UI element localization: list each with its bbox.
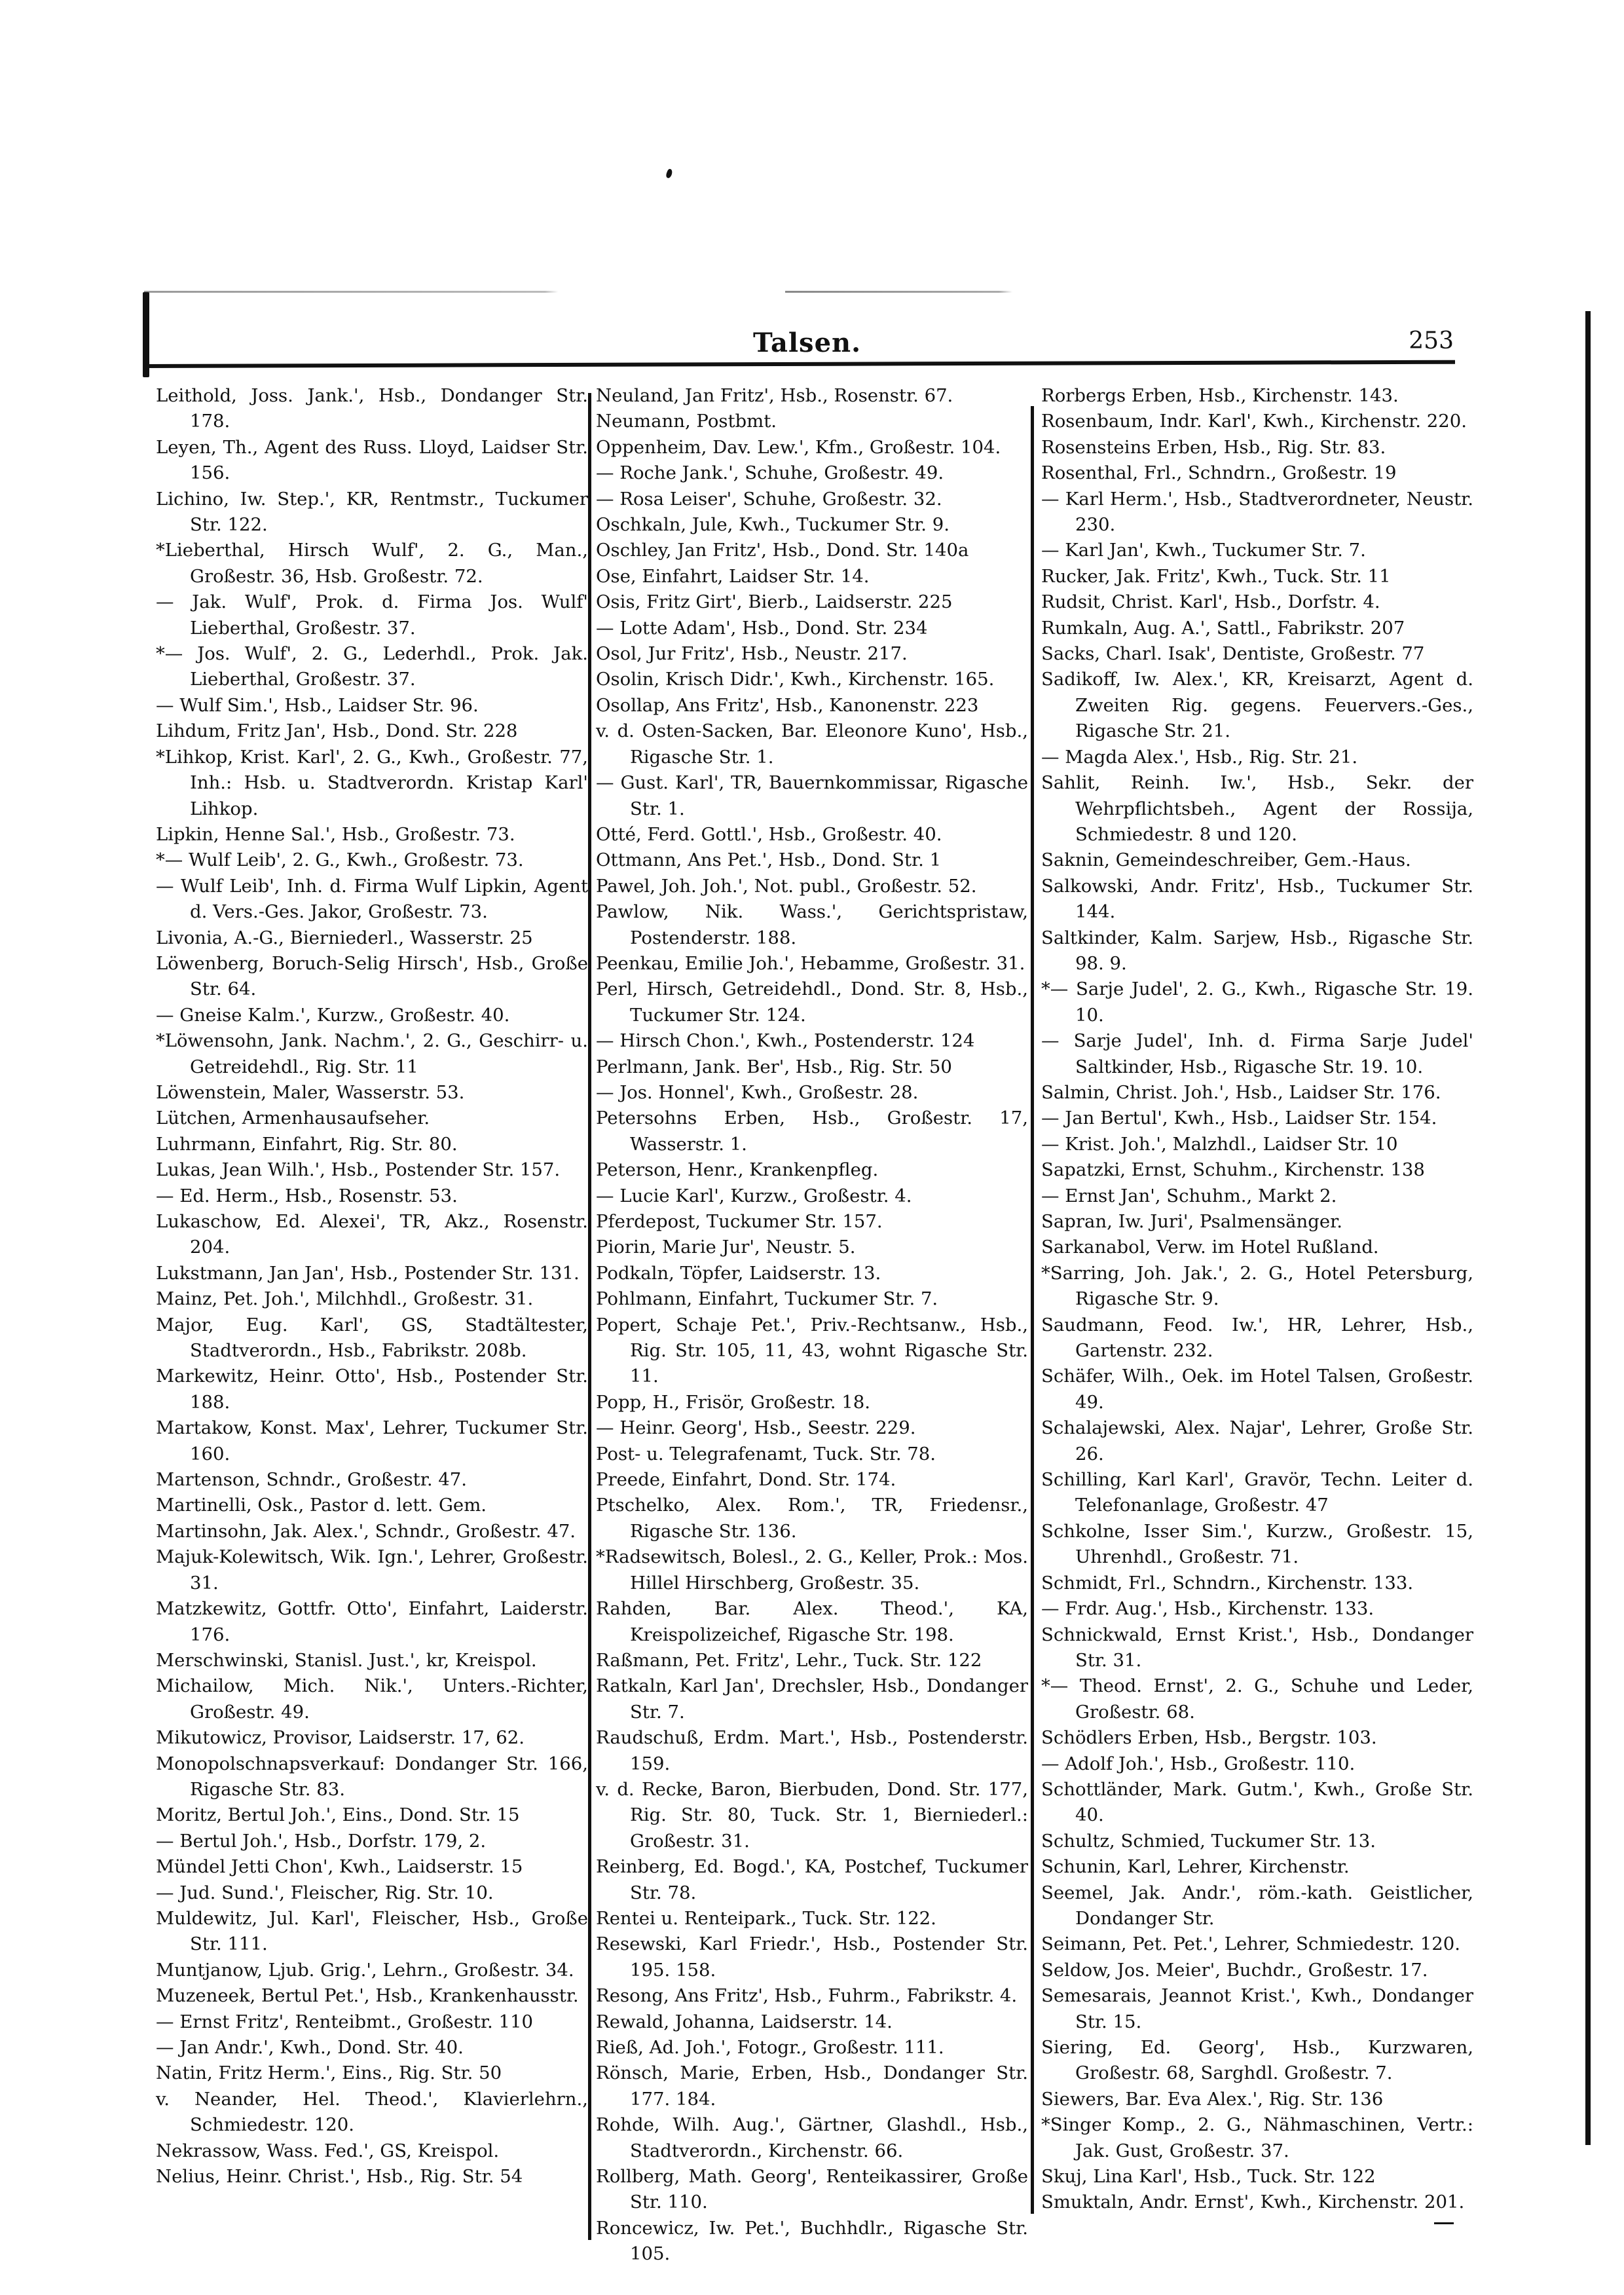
directory-entry: Osol, Jur Fritz', Hsb., Neustr. 217. xyxy=(596,641,1028,667)
directory-entry: Peterson, Henr., Krankenpfleg. xyxy=(596,1157,1028,1183)
directory-entry: Markewitz, Heinr. Otto', Hsb., Postender… xyxy=(156,1364,588,1415)
directory-entry: Sarkanabol, Verw. im Hotel Rußland. xyxy=(1041,1235,1473,1260)
directory-entry: Smuktaln, Andr. Ernst', Kwh., Kirchenstr… xyxy=(1041,2190,1473,2215)
directory-entry: Livonia, A.-G., Bierniederl., Wasserstr.… xyxy=(156,925,588,951)
directory-entry: Majuk-Kolewitsch, Wik. Ign.', Lehrer, Gr… xyxy=(156,1544,588,1596)
directory-entry: Lichino, Iw. Step.', KR, Rentmstr., Tuck… xyxy=(156,487,588,538)
directory-entry: Nekrassow, Wass. Fed.', GS, Kreispol. xyxy=(156,2138,588,2164)
end-dash xyxy=(1434,2222,1454,2224)
directory-entry: Rosenthal, Frl., Schndrn., Großestr. 19 xyxy=(1041,460,1473,486)
directory-entry: Leithold, Joss. Jank.', Hsb., Dondanger … xyxy=(156,383,588,435)
directory-entry: Reinberg, Ed. Bogd.', KA, Postchef, Tuck… xyxy=(596,1854,1028,1906)
directory-entry: — Karl Jan', Kwh., Tuckumer Str. 7. xyxy=(1041,538,1473,563)
directory-entry: — Lotte Adam', Hsb., Dond. Str. 234 xyxy=(596,616,1028,641)
directory-entry: Muntjanow, Ljub. Grig.', Lehrn., Großest… xyxy=(156,1958,588,1983)
directory-entry: Lihdum, Fritz Jan', Hsb., Dond. Str. 228 xyxy=(156,718,588,744)
directory-entry: Perl, Hirsch, Getreidehdl., Dond. Str. 8… xyxy=(596,977,1028,1028)
directory-entry: Osollap, Ans Fritz', Hsb., Kanonenstr. 2… xyxy=(596,693,1028,718)
directory-entry: Otté, Ferd. Gottl.', Hsb., Großestr. 40. xyxy=(596,822,1028,848)
directory-entry: Resong, Ans Fritz', Hsb., Fuhrm., Fabrik… xyxy=(596,1983,1028,2009)
directory-entry: Mainz, Pet. Joh.', Milchhdl., Großestr. … xyxy=(156,1286,588,1312)
directory-entry: Martenson, Schndr., Großestr. 47. xyxy=(156,1467,588,1493)
directory-entry: Rewald, Johanna, Laidserstr. 14. xyxy=(596,2009,1028,2035)
directory-entry: Rohde, Wilh. Aug.', Gärtner, Glashdl., H… xyxy=(596,2112,1028,2164)
directory-entry: Löwenberg, Boruch-Selig Hirsch', Hsb., G… xyxy=(156,951,588,1003)
directory-entry: Seldow, Jos. Meier', Buchdr., Großestr. … xyxy=(1041,1958,1473,1983)
directory-entry: Ptschelko, Alex. Rom.', TR, Friedensr., … xyxy=(596,1493,1028,1544)
directory-entry: — Gneise Kalm.', Kurzw., Großestr. 40. xyxy=(156,1003,588,1028)
directory-entry: Rorbergs Erben, Hsb., Kirchenstr. 143. xyxy=(1041,383,1473,409)
directory-entry: Martinsohn, Jak. Alex.', Schndr., Großes… xyxy=(156,1519,588,1544)
directory-entry: Schäfer, Wilh., Oek. im Hotel Talsen, Gr… xyxy=(1041,1364,1473,1415)
directory-entry: Schnickwald, Ernst Krist.', Hsb., Dondan… xyxy=(1041,1622,1473,1674)
directory-entry: *Löwensohn, Jank. Nachm.', 2. G., Geschi… xyxy=(156,1028,588,1080)
directory-entry: Natin, Fritz Herm.', Eins., Rig. Str. 50 xyxy=(156,2061,588,2086)
directory-entry: Oschley, Jan Fritz', Hsb., Dond. Str. 14… xyxy=(596,538,1028,563)
directory-entry: Moritz, Bertul Joh.', Eins., Dond. Str. … xyxy=(156,1802,588,1828)
directory-entry: Rentei u. Renteipark., Tuck. Str. 122. xyxy=(596,1906,1028,1931)
directory-entry: Schottländer, Mark. Gutm.', Kwh., Große … xyxy=(1041,1777,1473,1829)
directory-entry: Siering, Ed. Georg', Hsb., Kurzwaren, Gr… xyxy=(1041,2035,1473,2087)
directory-entry: Neuland, Jan Fritz', Hsb., Rosenstr. 67. xyxy=(596,383,1028,409)
directory-entry: Schödlers Erben, Hsb., Bergstr. 103. xyxy=(1041,1725,1473,1751)
directory-entry: Resewski, Karl Friedr.', Hsb., Postender… xyxy=(596,1931,1028,1983)
column-left: Leithold, Joss. Jank.', Hsb., Dondanger … xyxy=(156,383,588,2190)
directory-entry: Lütchen, Armenhausaufseher. xyxy=(156,1106,588,1131)
directory-entry: — Wulf Leib', Inh. d. Firma Wulf Lipkin,… xyxy=(156,874,588,925)
directory-entry: — Wulf Sim.', Hsb., Laidser Str. 96. xyxy=(156,693,588,718)
directory-entry: Roncewicz, Iw. Pet.', Buchhdlr., Rigasch… xyxy=(596,2216,1028,2267)
directory-entry: Popp, H., Frisör, Großestr. 18. xyxy=(596,1390,1028,1415)
column-divider xyxy=(588,393,591,2240)
directory-entry: Lukas, Jean Wilh.', Hsb., Postender Str.… xyxy=(156,1157,588,1183)
directory-entry: — Bertul Joh.', Hsb., Dorfstr. 179, 2. xyxy=(156,1829,588,1854)
directory-entry: Rollberg, Math. Georg', Renteikassirer, … xyxy=(596,2164,1028,2216)
directory-entry: Piorin, Marie Jur', Neustr. 5. xyxy=(596,1235,1028,1260)
directory-entry: Pohlmann, Einfahrt, Tuckumer Str. 7. xyxy=(596,1286,1028,1312)
directory-entry: Seemel, Jak. Andr.', röm.-kath. Geistlic… xyxy=(1041,1880,1473,1932)
directory-entry: Schultz, Schmied, Tuckumer Str. 13. xyxy=(1041,1829,1473,1854)
directory-entry: Leyen, Th., Agent des Russ. Lloyd, Laids… xyxy=(156,435,588,487)
directory-entry: *Sarring, Joh. Jak.', 2. G., Hotel Peter… xyxy=(1041,1261,1473,1313)
directory-entry: — Ed. Herm., Hsb., Rosenstr. 53. xyxy=(156,1184,588,1209)
directory-entry: *Radsewitsch, Bolesl., 2. G., Keller, Pr… xyxy=(596,1544,1028,1596)
directory-entry: Post- u. Telegrafenamt, Tuck. Str. 78. xyxy=(596,1442,1028,1467)
directory-entry: *— Theod. Ernst', 2. G., Schuhe und Lede… xyxy=(1041,1673,1473,1725)
page-number: 253 xyxy=(1409,327,1454,354)
directory-entry: — Sarje Judel', Inh. d. Firma Sarje Jude… xyxy=(1041,1028,1473,1080)
directory-entry: *— Sarje Judel', 2. G., Kwh., Rigasche S… xyxy=(1041,977,1473,1028)
directory-entry: Osis, Fritz Girt', Bierb., Laidserstr. 2… xyxy=(596,589,1028,615)
directory-entry: Oschkaln, Jule, Kwh., Tuckumer Str. 9. xyxy=(596,512,1028,538)
directory-entry: Rumkaln, Aug. A.', Sattl., Fabrikstr. 20… xyxy=(1041,616,1473,641)
directory-entry: Pawlow, Nik. Wass.', Gerichtspristaw, Po… xyxy=(596,899,1028,951)
directory-entry: v. d. Recke, Baron, Bierbuden, Dond. Str… xyxy=(596,1777,1028,1854)
column-right: Rorbergs Erben, Hsb., Kirchenstr. 143.Ro… xyxy=(1041,383,1473,2216)
directory-entry: Podkaln, Töpfer, Laidserstr. 13. xyxy=(596,1261,1028,1286)
directory-entry: Schunin, Karl, Lehrer, Kirchenstr. xyxy=(1041,1854,1473,1880)
directory-entry: Pawel, Joh. Joh.', Not. publ., Großestr.… xyxy=(596,874,1028,899)
column-middle: Neuland, Jan Fritz', Hsb., Rosenstr. 67.… xyxy=(596,383,1028,2267)
directory-entry: — Jak. Wulf', Prok. d. Firma Jos. Wulf' … xyxy=(156,589,588,641)
directory-entry: Rahden, Bar. Alex. Theod.', KA, Kreispol… xyxy=(596,1596,1028,1648)
directory-entry: — Jan Andr.', Kwh., Dond. Str. 40. xyxy=(156,2035,588,2061)
directory-entry: Muldewitz, Jul. Karl', Fleischer, Hsb., … xyxy=(156,1906,588,1958)
directory-entry: Mündel Jetti Chon', Kwh., Laidserstr. 15 xyxy=(156,1854,588,1880)
faint-top-rule xyxy=(144,291,1480,293)
directory-entry: — Roche Jank.', Schuhe, Großestr. 49. xyxy=(596,460,1028,486)
directory-entry: Rieß, Ad. Joh.', Fotogr., Großestr. 111. xyxy=(596,2035,1028,2061)
directory-entry: — Lucie Karl', Kurzw., Großestr. 4. xyxy=(596,1184,1028,1209)
directory-entry: Salkowski, Andr. Fritz', Hsb., Tuckumer … xyxy=(1041,874,1473,925)
directory-entry: — Ernst Jan', Schuhm., Markt 2. xyxy=(1041,1184,1473,1209)
directory-entry: Martinelli, Osk., Pastor d. lett. Gem. xyxy=(156,1493,588,1518)
directory-entry: — Heinr. Georg', Hsb., Seestr. 229. xyxy=(596,1415,1028,1441)
directory-entry: Perlmann, Jank. Ber', Hsb., Rig. Str. 50 xyxy=(596,1054,1028,1080)
directory-entry: Lipkin, Henne Sal.', Hsb., Großestr. 73. xyxy=(156,822,588,848)
directory-entry: Luhrmann, Einfahrt, Rig. Str. 80. xyxy=(156,1132,588,1157)
directory-entry: Oppenheim, Dav. Lew.', Kfm., Großestr. 1… xyxy=(596,435,1028,460)
directory-entry: — Magda Alex.', Hsb., Rig. Str. 21. xyxy=(1041,745,1473,770)
directory-entry: — Ernst Fritz', Renteibmt., Großestr. 11… xyxy=(156,2009,588,2035)
directory-entry: Rucker, Jak. Fritz', Kwh., Tuck. Str. 11 xyxy=(1041,564,1473,589)
directory-entry: — Gust. Karl', TR, Bauernkommissar, Riga… xyxy=(596,770,1028,822)
directory-entry: Salmin, Christ. Joh.', Hsb., Laidser Str… xyxy=(1041,1080,1473,1106)
directory-entry: Preede, Einfahrt, Dond. Str. 174. xyxy=(596,1467,1028,1493)
directory-entry: Skuj, Lina Karl', Hsb., Tuck. Str. 122 xyxy=(1041,2164,1473,2190)
directory-entry: Saudmann, Feod. Iw.', HR, Lehrer, Hsb., … xyxy=(1041,1313,1473,1364)
directory-entry: Ratkaln, Karl Jan', Drechsler, Hsb., Don… xyxy=(596,1673,1028,1725)
directory-entry: Raudschuß, Erdm. Mart.', Hsb., Postender… xyxy=(596,1725,1028,1777)
directory-entry: Mikutowicz, Provisor, Laidserstr. 17, 62… xyxy=(156,1725,588,1751)
directory-entry: Sahlit, Reinh. Iw.', Hsb., Sekr. der Weh… xyxy=(1041,770,1473,848)
directory-entry: Löwenstein, Maler, Wasserstr. 53. xyxy=(156,1080,588,1106)
directory-entry: Ose, Einfahrt, Laidser Str. 14. xyxy=(596,564,1028,589)
directory-entry: Seimann, Pet. Pet.', Lehrer, Schmiedestr… xyxy=(1041,1931,1473,1957)
directory-entry: — Frdr. Aug.', Hsb., Kirchenstr. 133. xyxy=(1041,1596,1473,1622)
directory-entry: — Adolf Joh.', Hsb., Großestr. 110. xyxy=(1041,1751,1473,1777)
directory-entry: — Rosa Leiser', Schuhe, Großestr. 32. xyxy=(596,487,1028,512)
directory-entry: — Jos. Honnel', Kwh., Großestr. 28. xyxy=(596,1080,1028,1106)
directory-entry: v. d. Osten-Sacken, Bar. Eleonore Kuno',… xyxy=(596,718,1028,770)
directory-entry: — Karl Herm.', Hsb., Stadtverordneter, N… xyxy=(1041,487,1473,538)
directory-entry: — Krist. Joh.', Malzhdl., Laidser Str. 1… xyxy=(1041,1132,1473,1157)
directory-entry: Sadikoff, Iw. Alex.', KR, Kreisarzt, Age… xyxy=(1041,667,1473,744)
directory-entry: *Lieberthal, Hirsch Wulf', 2. G., Man., … xyxy=(156,538,588,589)
directory-entry: Rosensteins Erben, Hsb., Rig. Str. 83. xyxy=(1041,435,1473,460)
directory-entry: *Singer Komp., 2. G., Nähmaschinen, Vert… xyxy=(1041,2112,1473,2164)
directory-entry: Osolin, Krisch Didr.', Kwh., Kirchenstr.… xyxy=(596,667,1028,692)
ink-speck xyxy=(665,168,673,179)
directory-entry: Popert, Schaje Pet.', Priv.-Rechtsanw., … xyxy=(596,1313,1028,1390)
directory-entry: Neumann, Postbmt. xyxy=(596,409,1028,434)
directory-entry: Nelius, Heinr. Christ.', Hsb., Rig. Str.… xyxy=(156,2164,588,2190)
directory-entry: Petersohns Erben, Hsb., Großestr. 17, Wa… xyxy=(596,1106,1028,1157)
directory-entry: Saknin, Gemeindeschreiber, Gem.-Haus. xyxy=(1041,848,1473,873)
directory-entry: *— Wulf Leib', 2. G., Kwh., Großestr. 73… xyxy=(156,848,588,873)
directory-entry: Saltkinder, Kalm. Sarjew, Hsb., Rigasche… xyxy=(1041,925,1473,977)
directory-entry: Pferdepost, Tuckumer Str. 157. xyxy=(596,1209,1028,1235)
running-title: Talsen. xyxy=(753,327,861,358)
directory-entry: Sapran, Iw. Juri', Psalmensänger. xyxy=(1041,1209,1473,1235)
directory-entry: Lukstmann, Jan Jan', Hsb., Postender Str… xyxy=(156,1261,588,1286)
directory-entry: Lukaschow, Ed. Alexei', TR, Akz., Rosens… xyxy=(156,1209,588,1261)
directory-entry: v. Neander, Hel. Theod.', Klavierlehrn.,… xyxy=(156,2087,588,2138)
directory-entry: — Jud. Sund.', Fleischer, Rig. Str. 10. xyxy=(156,1880,588,1906)
directory-entry: Siewers, Bar. Eva Alex.', Rig. Str. 136 xyxy=(1041,2087,1473,2112)
directory-entry: Schalajewski, Alex. Najar', Lehrer, Groß… xyxy=(1041,1415,1473,1467)
directory-entry: Sapatzki, Ernst, Schuhm., Kirchenstr. 13… xyxy=(1041,1157,1473,1183)
directory-entry: Merschwinski, Stanisl. Just.', kr, Kreis… xyxy=(156,1648,588,1673)
directory-entry: Matzkewitz, Gottfr. Otto', Einfahrt, Lai… xyxy=(156,1596,588,1648)
directory-entry: — Hirsch Chon.', Kwh., Postenderstr. 124 xyxy=(596,1028,1028,1054)
directory-entry: Raßmann, Pet. Fritz', Lehr., Tuck. Str. … xyxy=(596,1648,1028,1673)
directory-entry: Michailow, Mich. Nik.', Unters.-Richter,… xyxy=(156,1673,588,1725)
directory-entry: Martakow, Konst. Max', Lehrer, Tuckumer … xyxy=(156,1415,588,1467)
directory-entry: Major, Eug. Karl', GS, Stadtältester, St… xyxy=(156,1313,588,1364)
directory-entry: Ottmann, Ans Pet.', Hsb., Dond. Str. 1 xyxy=(596,848,1028,873)
directory-entry: *Lihkop, Krist. Karl', 2. G., Kwh., Groß… xyxy=(156,745,588,822)
directory-entry: *— Jos. Wulf', 2. G., Lederhdl., Prok. J… xyxy=(156,641,588,693)
column-divider xyxy=(1031,406,1034,2214)
directory-entry: Muzeneek, Bertul Pet.', Hsb., Krankenhau… xyxy=(156,1983,588,2009)
directory-entry: Schkolne, Isser Sim.', Kurzw., Großestr.… xyxy=(1041,1519,1473,1571)
directory-entry: Rosenbaum, Indr. Karl', Kwh., Kirchenstr… xyxy=(1041,409,1473,434)
directory-entry: Schilling, Karl Karl', Gravör, Techn. Le… xyxy=(1041,1467,1473,1519)
directory-entry: Schmidt, Frl., Schndrn., Kirchenstr. 133… xyxy=(1041,1571,1473,1596)
directory-entry: Sacks, Charl. Isak', Dentiste, Großestr.… xyxy=(1041,641,1473,667)
directory-entry: — Jan Bertul', Kwh., Hsb., Laidser Str. … xyxy=(1041,1106,1473,1131)
directory-entry: Peenkau, Emilie Joh.', Hebamme, Großestr… xyxy=(596,951,1028,977)
directory-entry: Rudsit, Christ. Karl', Hsb., Dorfstr. 4. xyxy=(1041,589,1473,615)
directory-entry: Semesarais, Jeannot Krist.', Kwh., Donda… xyxy=(1041,1983,1473,2035)
directory-entry: Rönsch, Marie, Erben, Hsb., Dondanger St… xyxy=(596,2061,1028,2112)
directory-entry: Monopolschnapsverkauf: Dondanger Str. 16… xyxy=(156,1751,588,1803)
binding-edge-right xyxy=(1581,311,1593,2145)
